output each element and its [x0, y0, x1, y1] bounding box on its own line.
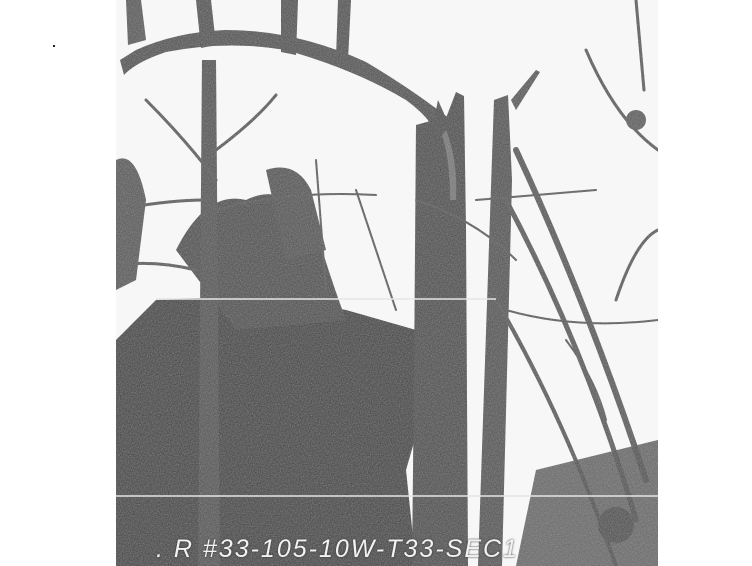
tree-scene [116, 0, 658, 566]
undergrowth-mass [116, 295, 426, 566]
archival-photo: . R #33-105-10W-T33-SEC1 [116, 0, 658, 566]
conifer-trunk [198, 60, 220, 566]
canvas: . R #33-105-10W-T33-SEC1 [0, 0, 752, 566]
photo-caption: . R #33-105-10W-T33-SEC1 [156, 535, 519, 564]
scene-elements [116, 0, 658, 566]
film-scratch [116, 495, 658, 497]
dust-speck [53, 45, 55, 47]
film-scratch [156, 298, 496, 300]
